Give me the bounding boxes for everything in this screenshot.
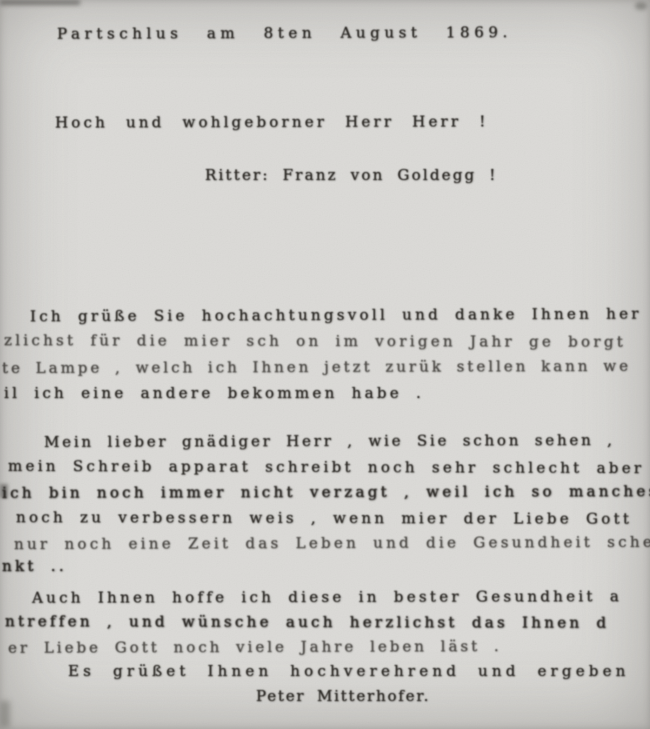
closing-line: Es grüßet Ihnen hochverehrend und ergebe…	[68, 662, 630, 680]
paragraph3-line-2: ntreffen , und wünsche auch herzlichst d…	[5, 612, 609, 632]
scan-speck-top-right	[635, 2, 647, 10]
paragraph1-line-4: il ich eine andere bekommen habe .	[4, 384, 424, 402]
scan-edge-smudge-bottom-left	[0, 701, 10, 727]
paragraph2-line-3: ich bin noch immer nicht verzagt , weil …	[2, 482, 650, 502]
addressee-line: Ritter: Franz von Goldegg !	[205, 166, 498, 184]
paragraph2-line-1: Mein lieber gnädiger Herr , wie Sie scho…	[44, 431, 615, 451]
paragraph2-line-4: noch zu verbessern weis , wenn mier der …	[16, 508, 632, 528]
paragraph1-line-2: zlichst für die mier sch on im vorigen J…	[4, 331, 626, 351]
signature-line: Peter Mitterhofer.	[256, 687, 430, 705]
paragraph3-line-3: er Liebe Gott noch viele Jahre leben läs…	[8, 637, 502, 657]
paragraph2-line-6: nkt ..	[2, 557, 67, 575]
paragraph2-line-5: nur noch eine Zeit das Leben und die Ges…	[14, 533, 650, 553]
scan-edge-smudge-top-left	[0, 0, 80, 5]
dateline: Partschlus am 8ten August 1869.	[57, 23, 512, 43]
salutation-line: Hoch und wohlgeborner Herr Herr !	[55, 112, 489, 131]
paragraph2-line-2: mein Schreib apparat schreibt noch sehr …	[8, 457, 644, 477]
paragraph3-line-1: Auch Ihnen hoffe ich diese in bester Ges…	[32, 587, 622, 607]
letter-page: Partschlus am 8ten August 1869. Hoch und…	[0, 0, 650, 729]
paragraph1-line-1: Ich grüße Sie hochachtungsvoll und danke…	[30, 305, 642, 326]
paragraph1-line-3: te Lampe , welch ich Ihnen jetzt zurük s…	[2, 357, 631, 377]
